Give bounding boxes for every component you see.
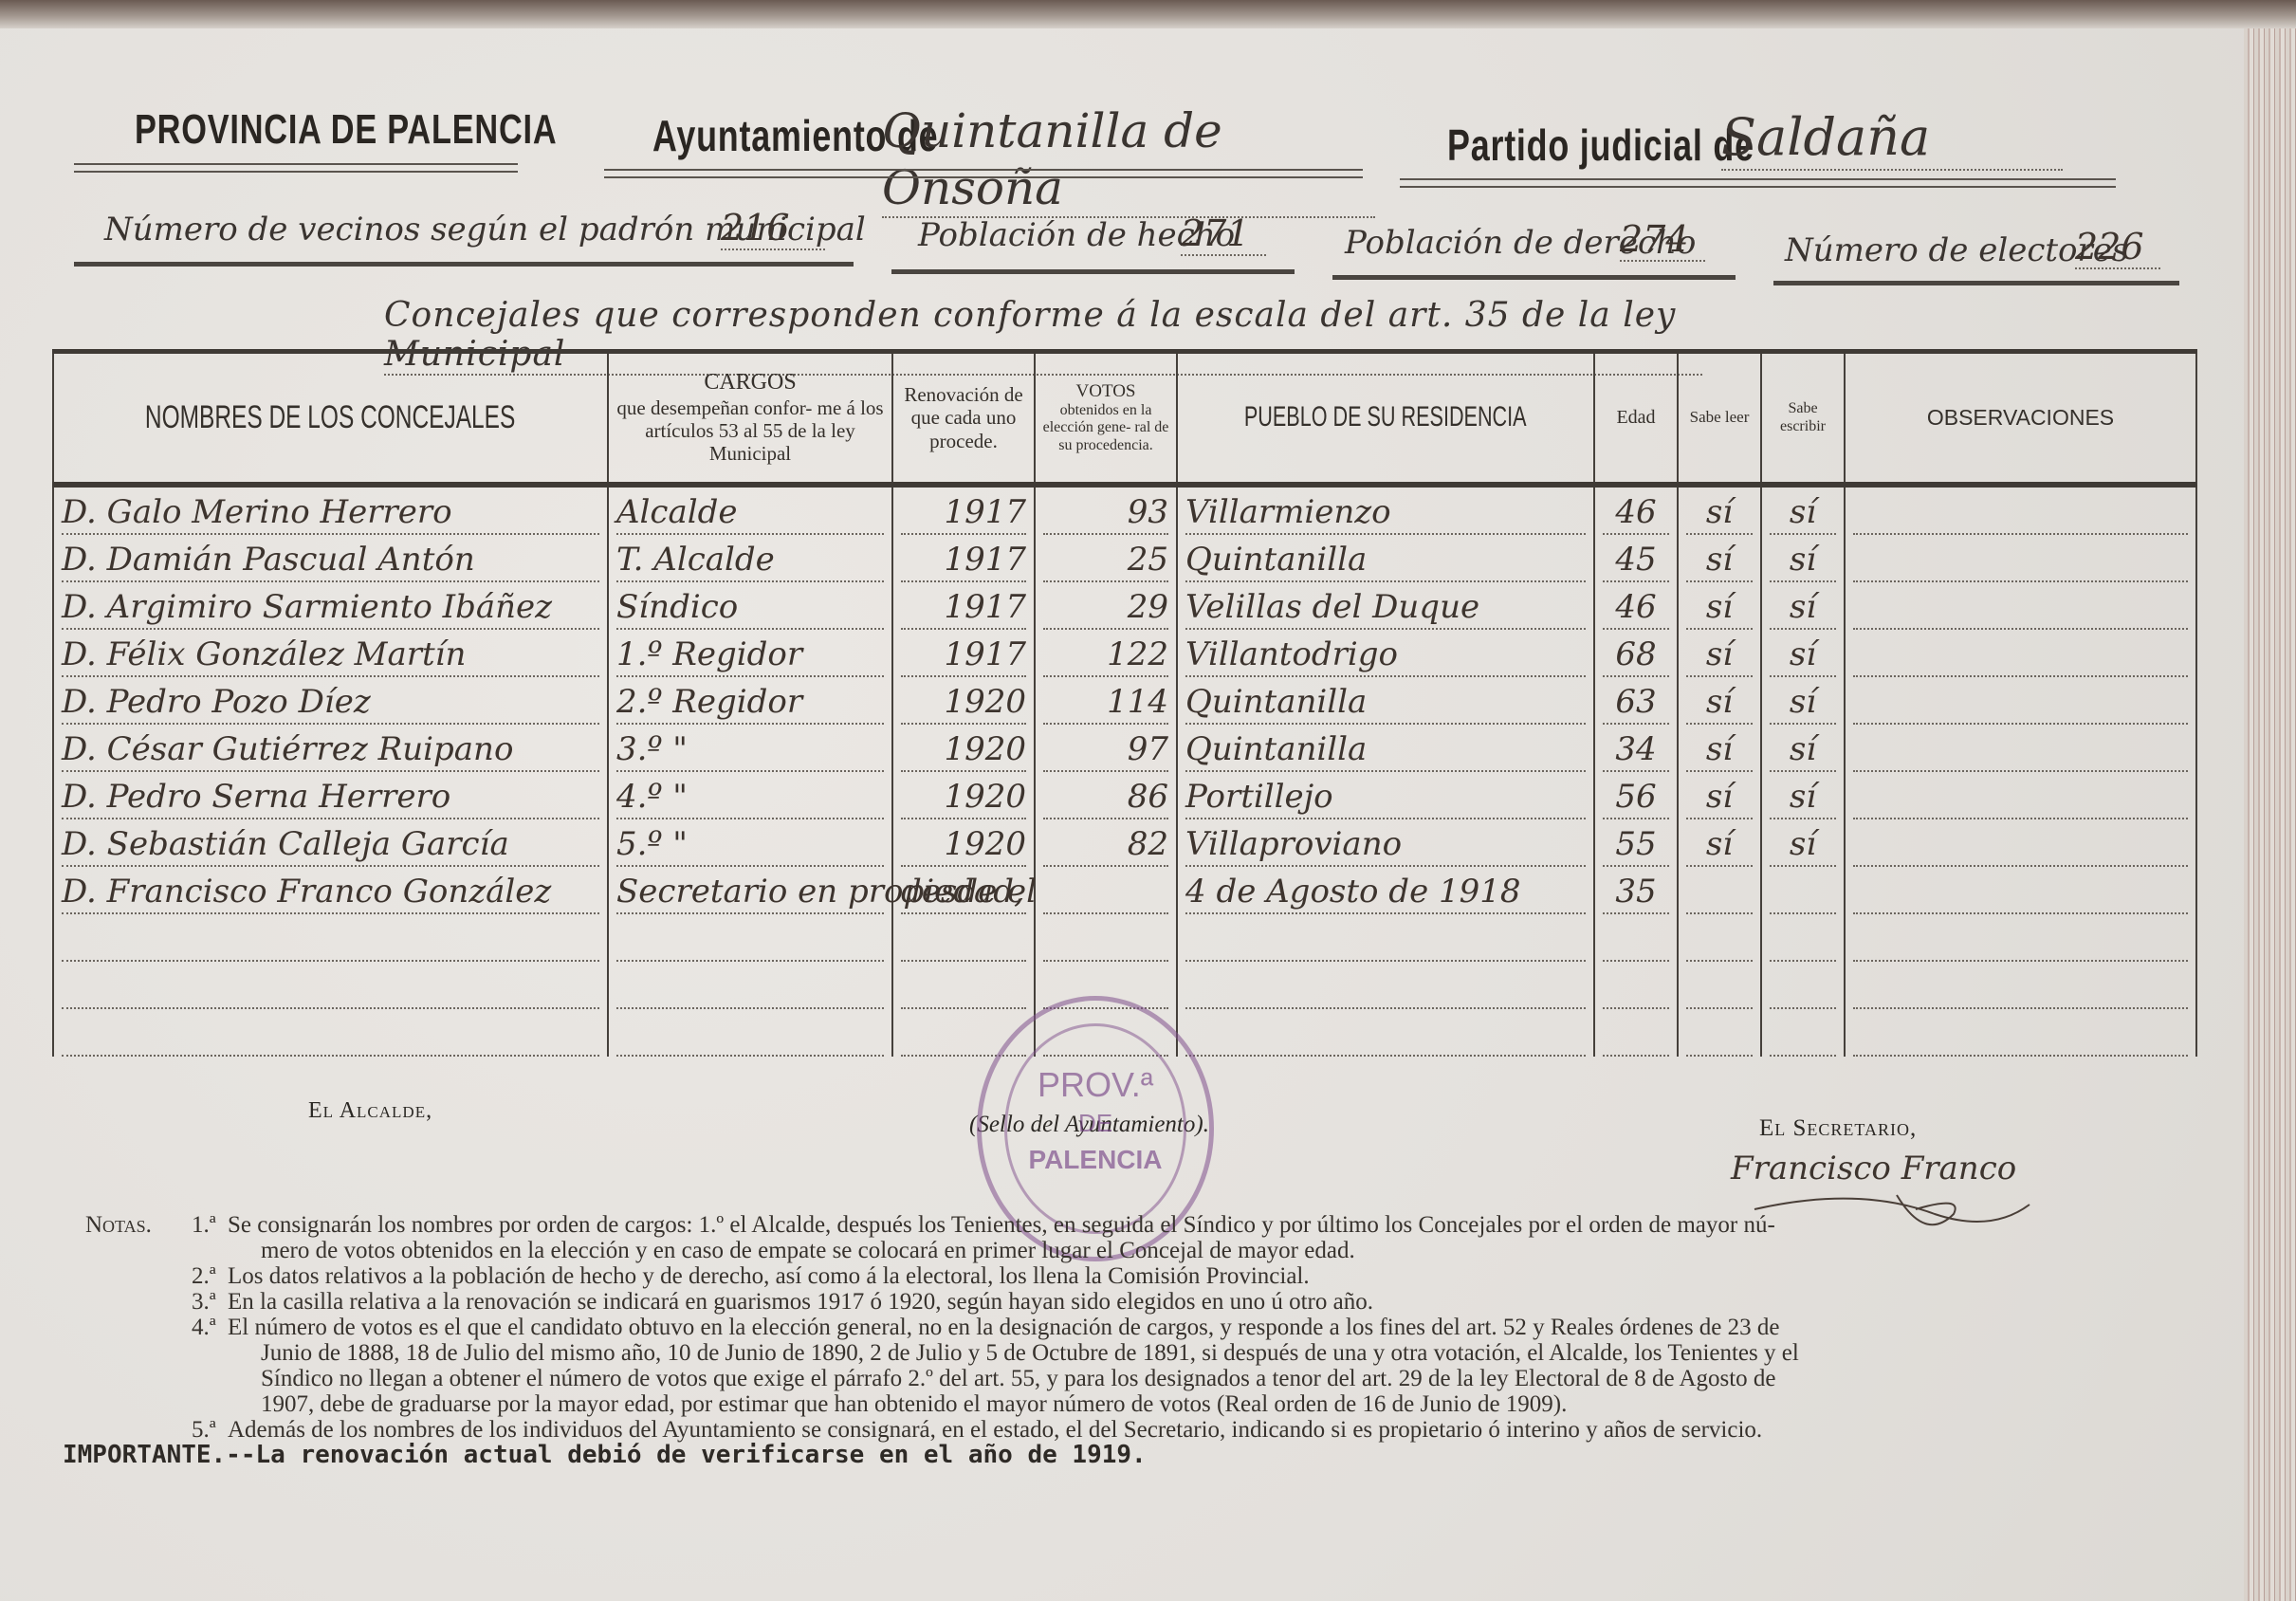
cell-votos: 29 bbox=[1035, 582, 1177, 630]
note-item: 4.ªEl número de votos es el que el candi… bbox=[85, 1315, 2172, 1340]
cell-edad: 63 bbox=[1594, 677, 1678, 725]
cell-cargo: 2.º Regidor bbox=[608, 677, 892, 725]
cell-leer: sí bbox=[1678, 535, 1761, 582]
cell-renovacion: 1917 bbox=[892, 535, 1035, 582]
table-row: D. Félix González Martín1.º Regidor19171… bbox=[53, 630, 2196, 677]
cell-obs bbox=[1845, 630, 2196, 677]
cell-escribir: sí bbox=[1761, 485, 1845, 535]
col-renovacion: Renovación de que cada uno procede. bbox=[892, 352, 1035, 486]
cell-leer bbox=[1678, 867, 1761, 914]
cell-pueblo: Villantodrigo bbox=[1177, 630, 1594, 677]
cell-pueblo: 4 de Agosto de 1918 bbox=[1177, 867, 1594, 914]
note-item: Notas.1.ªSe consignarán los nombres por … bbox=[85, 1212, 2172, 1238]
cell-escribir: sí bbox=[1761, 535, 1845, 582]
cell-escribir: sí bbox=[1761, 725, 1845, 772]
cell-obs bbox=[1845, 772, 2196, 819]
note-continuation: Junio de 1888, 18 de Julio del mismo año… bbox=[85, 1340, 2172, 1366]
provincia-rule bbox=[74, 163, 518, 173]
cell-renovacion: 1920 bbox=[892, 725, 1035, 772]
col-votos: VOTOS obtenidos en la elección gene- ral… bbox=[1035, 352, 1177, 486]
col-cargos: CARGOS que desempeñan confor- me á los a… bbox=[608, 352, 892, 486]
table-row: D. César Gutiérrez Ruipano3.º "192097Qui… bbox=[53, 725, 2196, 772]
cell-escribir: sí bbox=[1761, 677, 1845, 725]
cell-pueblo: Villarmienzo bbox=[1177, 485, 1594, 535]
cell-edad: 46 bbox=[1594, 582, 1678, 630]
col-sabe-leer: Sabe leer bbox=[1678, 352, 1761, 486]
col-nombres: NOMBRES DE LOS CONCEJALES bbox=[53, 352, 608, 486]
cell-obs bbox=[1845, 819, 2196, 867]
col-sabe-escribir: Sabe escribir bbox=[1761, 352, 1845, 486]
cell-votos: 82 bbox=[1035, 819, 1177, 867]
cell-obs bbox=[1845, 1009, 2196, 1057]
cell-votos: 97 bbox=[1035, 725, 1177, 772]
cell-renovacion: 1920 bbox=[892, 819, 1035, 867]
cell-pueblo bbox=[1177, 914, 1594, 962]
cell-escribir bbox=[1761, 1009, 1845, 1057]
hecho-rule bbox=[891, 269, 1295, 274]
table-row: D. Pedro Serna Herrero4.º "192086Portill… bbox=[53, 772, 2196, 819]
cell-cargo bbox=[608, 914, 892, 962]
cell-cargo: 3.º " bbox=[608, 725, 892, 772]
table-row: D. Sebastián Calleja García5.º "192082Vi… bbox=[53, 819, 2196, 867]
vecinos-rule bbox=[74, 262, 854, 267]
cell-nombre: D. Argimiro Sarmiento Ibáñez bbox=[53, 582, 608, 630]
table-row: D. Pedro Pozo Díez2.º Regidor1920114Quin… bbox=[53, 677, 2196, 725]
cell-nombre bbox=[53, 962, 608, 1009]
cell-renovacion: desde el bbox=[892, 867, 1035, 914]
cell-votos: 86 bbox=[1035, 772, 1177, 819]
book-top-edge bbox=[0, 0, 2296, 28]
cell-cargo: 4.º " bbox=[608, 772, 892, 819]
cell-cargo bbox=[608, 962, 892, 1009]
cell-votos: 25 bbox=[1035, 535, 1177, 582]
cell-leer: sí bbox=[1678, 677, 1761, 725]
cell-edad: 34 bbox=[1594, 725, 1678, 772]
cell-leer bbox=[1678, 962, 1761, 1009]
cell-renovacion bbox=[892, 962, 1035, 1009]
electores-value: 226 bbox=[2075, 226, 2160, 269]
cell-renovacion: 1920 bbox=[892, 772, 1035, 819]
cell-pueblo: Velillas del Duque bbox=[1177, 582, 1594, 630]
cell-leer: sí bbox=[1678, 582, 1761, 630]
concejales-table: NOMBRES DE LOS CONCEJALES CARGOS que des… bbox=[52, 349, 2197, 1057]
cell-nombre: D. Pedro Pozo Díez bbox=[53, 677, 608, 725]
cell-pueblo: Quintanilla bbox=[1177, 725, 1594, 772]
cell-obs bbox=[1845, 535, 2196, 582]
cell-escribir: sí bbox=[1761, 582, 1845, 630]
note-item: 5.ªAdemás de los nombres de los individu… bbox=[85, 1417, 2172, 1443]
cell-escribir bbox=[1761, 914, 1845, 962]
note-continuation: mero de votos obtenidos en la elección y… bbox=[85, 1238, 2172, 1263]
note-continuation: 1907, debe de graduarse por la mayor eda… bbox=[85, 1391, 2172, 1417]
cell-edad: 55 bbox=[1594, 819, 1678, 867]
cell-escribir: sí bbox=[1761, 772, 1845, 819]
cell-leer: sí bbox=[1678, 725, 1761, 772]
cell-nombre: D. Félix González Martín bbox=[53, 630, 608, 677]
cell-nombre: D. Pedro Serna Herrero bbox=[53, 772, 608, 819]
derecho-value: 274 bbox=[1620, 218, 1705, 262]
cell-renovacion: 1917 bbox=[892, 485, 1035, 535]
cell-escribir: sí bbox=[1761, 630, 1845, 677]
partido-rule bbox=[1400, 178, 2116, 188]
cell-leer bbox=[1678, 1009, 1761, 1057]
cell-cargo: 5.º " bbox=[608, 819, 892, 867]
ayuntamiento-value: Quintanilla de Onsoña bbox=[882, 102, 1375, 218]
cell-obs bbox=[1845, 914, 2196, 962]
cell-renovacion bbox=[892, 914, 1035, 962]
cell-edad bbox=[1594, 962, 1678, 1009]
cell-leer: sí bbox=[1678, 630, 1761, 677]
partido-value: Saldaña bbox=[1721, 106, 2063, 171]
electores-rule bbox=[1773, 281, 2179, 285]
cell-renovacion: 1917 bbox=[892, 630, 1035, 677]
cell-votos bbox=[1035, 914, 1177, 962]
cell-nombre bbox=[53, 1009, 608, 1057]
cell-obs bbox=[1845, 962, 2196, 1009]
cell-edad: 45 bbox=[1594, 535, 1678, 582]
cell-cargo: Secretario en propiedad, bbox=[608, 867, 892, 914]
alcalde-signature-label: El Alcalde, bbox=[308, 1098, 432, 1124]
provincia-heading: PROVINCIA DE PALENCIA bbox=[135, 106, 557, 154]
cell-escribir bbox=[1761, 867, 1845, 914]
cell-pueblo: Villaproviano bbox=[1177, 819, 1594, 867]
cell-votos: 93 bbox=[1035, 485, 1177, 535]
cell-leer: sí bbox=[1678, 819, 1761, 867]
cell-nombre bbox=[53, 914, 608, 962]
derecho-rule bbox=[1332, 275, 1736, 280]
cell-pueblo bbox=[1177, 962, 1594, 1009]
cell-obs bbox=[1845, 485, 2196, 535]
cell-nombre: D. Francisco Franco González bbox=[53, 867, 608, 914]
cell-cargo: Síndico bbox=[608, 582, 892, 630]
cell-cargo: Alcalde bbox=[608, 485, 892, 535]
cell-edad bbox=[1594, 914, 1678, 962]
table-header-row: NOMBRES DE LOS CONCEJALES CARGOS que des… bbox=[53, 352, 2196, 486]
cell-leer: sí bbox=[1678, 772, 1761, 819]
cell-cargo bbox=[608, 1009, 892, 1057]
col-observaciones: OBSERVACIONES bbox=[1845, 352, 2196, 486]
cell-leer: sí bbox=[1678, 485, 1761, 535]
cell-edad: 35 bbox=[1594, 867, 1678, 914]
note-item: 2.ªLos datos relativos a la población de… bbox=[85, 1263, 2172, 1289]
cell-pueblo: Portillejo bbox=[1177, 772, 1594, 819]
table-row: D. Argimiro Sarmiento IbáñezSíndico19172… bbox=[53, 582, 2196, 630]
cell-edad: 68 bbox=[1594, 630, 1678, 677]
important-notice: IMPORTANTE.--La renovación actual debió … bbox=[63, 1443, 2172, 1468]
cell-obs bbox=[1845, 867, 2196, 914]
cell-obs bbox=[1845, 582, 2196, 630]
note-continuation: Síndico no llegan a obtener el número de… bbox=[85, 1366, 2172, 1391]
vecinos-value: 216 bbox=[721, 207, 825, 250]
cell-edad: 46 bbox=[1594, 485, 1678, 535]
book-page-edges bbox=[2244, 28, 2296, 1601]
table-row bbox=[53, 914, 2196, 962]
cell-escribir bbox=[1761, 962, 1845, 1009]
cell-pueblo: Quintanilla bbox=[1177, 677, 1594, 725]
cell-obs bbox=[1845, 677, 2196, 725]
cell-votos bbox=[1035, 867, 1177, 914]
cell-nombre: D. Galo Merino Herrero bbox=[53, 485, 608, 535]
secretario-signature-label: El Secretario, bbox=[1759, 1115, 1917, 1142]
partido-label: Partido judicial de bbox=[1447, 120, 1754, 171]
cell-edad: 56 bbox=[1594, 772, 1678, 819]
cell-obs bbox=[1845, 725, 2196, 772]
hecho-value: 271 bbox=[1181, 212, 1266, 256]
cell-cargo: 1.º Regidor bbox=[608, 630, 892, 677]
ayuntamiento-rule bbox=[604, 169, 1363, 178]
col-pueblo: PUEBLO DE SU RESIDENCIA bbox=[1177, 352, 1594, 486]
cell-renovacion: 1920 bbox=[892, 677, 1035, 725]
note-item: 3.ªEn la casilla relativa a la renovació… bbox=[85, 1289, 2172, 1315]
cell-votos: 122 bbox=[1035, 630, 1177, 677]
cell-nombre: D. César Gutiérrez Ruipano bbox=[53, 725, 608, 772]
cell-pueblo: Quintanilla bbox=[1177, 535, 1594, 582]
notes-section: Notas.1.ªSe consignarán los nombres por … bbox=[85, 1212, 2172, 1468]
cell-nombre: D. Sebastián Calleja García bbox=[53, 819, 608, 867]
col-edad: Edad bbox=[1594, 352, 1678, 486]
table-row: D. Francisco Franco GonzálezSecretario e… bbox=[53, 867, 2196, 914]
cell-pueblo bbox=[1177, 1009, 1594, 1057]
cell-escribir: sí bbox=[1761, 819, 1845, 867]
cell-renovacion: 1917 bbox=[892, 582, 1035, 630]
cell-votos: 114 bbox=[1035, 677, 1177, 725]
cell-cargo: T. Alcalde bbox=[608, 535, 892, 582]
cell-leer bbox=[1678, 914, 1761, 962]
table-row: D. Galo Merino HerreroAlcalde191793Villa… bbox=[53, 485, 2196, 535]
cell-nombre: D. Damián Pascual Antón bbox=[53, 535, 608, 582]
cell-edad bbox=[1594, 1009, 1678, 1057]
table-row: D. Damián Pascual AntónT. Alcalde191725Q… bbox=[53, 535, 2196, 582]
